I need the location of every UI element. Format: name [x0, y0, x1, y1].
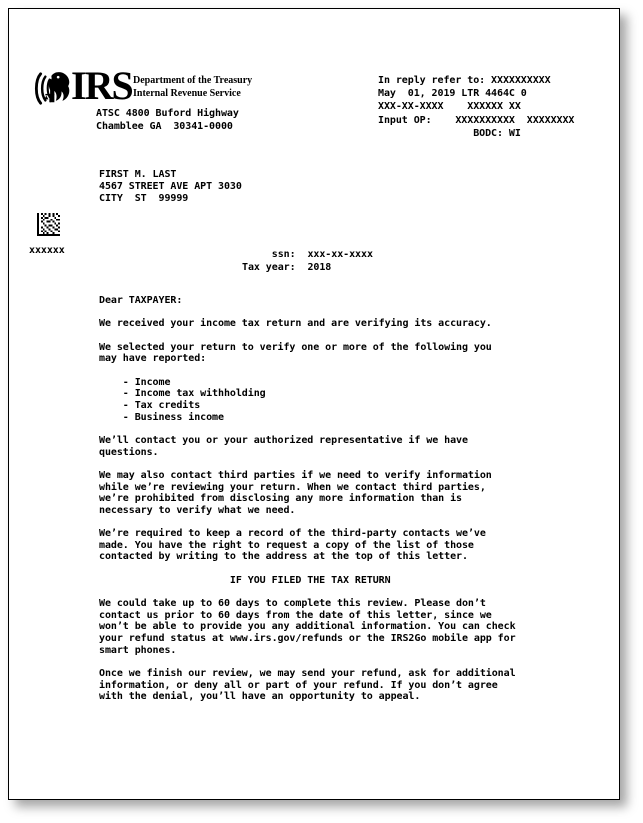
text-line: ssn: xxx-xx-xxxx [242, 248, 373, 261]
reply-reference-block: In reply refer to: XXXXXXXXXXMay 01, 201… [378, 74, 574, 140]
body-line: made. You have the right to request a co… [99, 540, 516, 552]
text-line: ATSC 4800 Buford Highway [96, 107, 239, 120]
body-line: Dear TAXPAYER: [99, 295, 516, 307]
body-line [99, 563, 516, 575]
letter-page: IRS Department of the TreasuryInternal R… [8, 8, 620, 800]
body-line [99, 458, 516, 470]
treasury-department-lines: Department of the TreasuryInternal Reven… [133, 74, 252, 100]
body-line: with the denial, you’ll have an opportun… [99, 691, 516, 703]
barcode-caption: xxxxxx [29, 245, 65, 256]
ssn-taxyear-block: ssn: xxx-xx-xxxxTax year: 2018 [242, 248, 373, 275]
body-line [99, 307, 516, 319]
text-line: Tax year: 2018 [242, 261, 373, 274]
text-line: Chamblee GA 30341-0000 [96, 120, 239, 133]
body-line: won’t be able to provide you any additio… [99, 621, 516, 633]
datamatrix-barcode-icon [37, 213, 60, 236]
body-line [99, 330, 516, 342]
body-line: IF YOU FILED THE TAX RETURN [99, 575, 516, 587]
body-line: your refund status at www.irs.gov/refund… [99, 633, 516, 645]
text-line: 4567 STREET AVE APT 3030 [99, 181, 242, 193]
body-line: We’ll contact you or your authorized rep… [99, 435, 516, 447]
body-line: questions. [99, 447, 516, 459]
body-line: - Business income [99, 412, 516, 424]
body-line [99, 516, 516, 528]
body-line [99, 423, 516, 435]
body-line: - Income tax withholding [99, 388, 516, 400]
body-line: contacted by writing to the address at t… [99, 551, 516, 563]
service-center-address: ATSC 4800 Buford HighwayChamblee GA 3034… [96, 107, 239, 133]
body-line: information, or deny all or part of your… [99, 680, 516, 692]
body-line [99, 656, 516, 668]
irs-eagle-logo-icon [33, 71, 71, 107]
body-line: We selected your return to verify one or… [99, 342, 516, 354]
body-line: Once we finish our review, we may send y… [99, 668, 516, 680]
body-line: contact us prior to 60 days from the dat… [99, 610, 516, 622]
irs-logo-text: IRS [71, 66, 132, 106]
body-line: We could take up to 60 days to complete … [99, 598, 516, 610]
dept-line: Internal Revenue Service [133, 87, 252, 100]
body-line [99, 365, 516, 377]
body-line: We may also contact third parties if we … [99, 470, 516, 482]
text-line: Input OP: XXXXXXXXXX XXXXXXXX [378, 114, 574, 127]
body-line: we’re prohibited from disclosing any mor… [99, 493, 516, 505]
screenshot-canvas: { "header": { "logo": { "irs": "IRS", "d… [0, 0, 643, 823]
recipient-address: FIRST M. LAST4567 STREET AVE APT 3030CIT… [99, 169, 242, 206]
body-line: We received your income tax return and a… [99, 318, 516, 330]
text-line: BODC: WI [378, 127, 574, 140]
body-line: - Tax credits [99, 400, 516, 412]
body-line: smart phones. [99, 645, 516, 657]
body-line: necessary to verify what we need. [99, 505, 516, 517]
body-line: - Income [99, 377, 516, 389]
text-line: CITY ST 99999 [99, 193, 242, 205]
text-line: In reply refer to: XXXXXXXXXX [378, 74, 574, 87]
text-line: XXX-XX-XXXX XXXXXX XX [378, 100, 574, 113]
body-line: We’re required to keep a record of the t… [99, 528, 516, 540]
dept-line: Department of the Treasury [133, 74, 252, 87]
text-line: May 01, 2019 LTR 4464C 0 [378, 87, 574, 100]
letter-body: Dear TAXPAYER:We received your income ta… [99, 295, 516, 703]
body-line [99, 586, 516, 598]
text-line: FIRST M. LAST [99, 169, 242, 181]
body-line: while we’re reviewing your return. When … [99, 482, 516, 494]
body-line: may have reported: [99, 353, 516, 365]
